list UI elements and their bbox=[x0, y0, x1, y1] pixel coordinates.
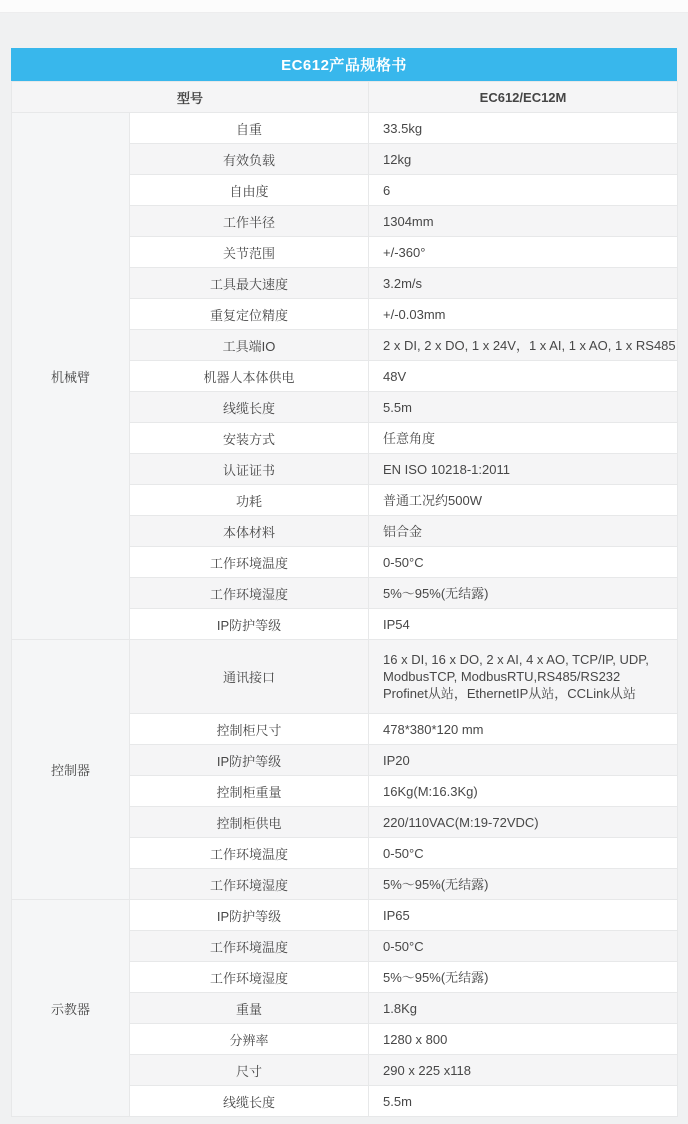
spec-value-cell: 铝合金 bbox=[369, 516, 678, 547]
spec-value-cell: IP54 bbox=[369, 609, 678, 640]
spec-value-cell: 5.5m bbox=[369, 392, 678, 423]
spec-label-cell: 本体材料 bbox=[130, 516, 369, 547]
spec-value-cell: 普通工况约500W bbox=[369, 485, 678, 516]
spec-table-body: 型号 EC612/EC12M 机械臂自重33.5kg有效负载12kg自由度6工作… bbox=[12, 82, 678, 1117]
spec-label-cell: 自重 bbox=[130, 113, 369, 144]
spec-value-cell: 290 x 225 x118 bbox=[369, 1055, 678, 1086]
spec-label-cell: IP防护等级 bbox=[130, 900, 369, 931]
spec-label-cell: 有效负载 bbox=[130, 144, 369, 175]
spec-label-cell: 工作环境温度 bbox=[130, 838, 369, 869]
spec-label-cell: 尺寸 bbox=[130, 1055, 369, 1086]
spec-label-cell: 控制柜供电 bbox=[130, 807, 369, 838]
spec-label-cell: 控制柜尺寸 bbox=[130, 714, 369, 745]
section-cell: 控制器 bbox=[12, 640, 130, 900]
spec-value-cell: 0-50°C bbox=[369, 931, 678, 962]
spec-label-cell: 工作环境湿度 bbox=[130, 962, 369, 993]
spec-value-cell: 任意角度 bbox=[369, 423, 678, 454]
spec-value-cell: 0-50°C bbox=[369, 547, 678, 578]
spec-value-cell: 33.5kg bbox=[369, 113, 678, 144]
spec-value-cell: 478*380*120 mm bbox=[369, 714, 678, 745]
spec-value-cell: +/-0.03mm bbox=[369, 299, 678, 330]
spec-label-cell: 重复定位精度 bbox=[130, 299, 369, 330]
spec-row: 机械臂自重33.5kg bbox=[12, 113, 678, 144]
spec-row: 示教器IP防护等级IP65 bbox=[12, 900, 678, 931]
spec-value-cell: 220/110VAC(M:19-72VDC) bbox=[369, 807, 678, 838]
spec-sheet-title: EC612产品规格书 bbox=[11, 48, 677, 81]
spec-value-cell: 1.8Kg bbox=[369, 993, 678, 1024]
spec-label-cell: 关节范围 bbox=[130, 237, 369, 268]
spec-value-cell: 1304mm bbox=[369, 206, 678, 237]
spec-value-cell: 1280 x 800 bbox=[369, 1024, 678, 1055]
spec-label-cell: 工作环境湿度 bbox=[130, 869, 369, 900]
spec-value-cell: IP65 bbox=[369, 900, 678, 931]
spec-value-cell: 5%～95%(无结露) bbox=[369, 869, 678, 900]
spec-value-cell: 12kg bbox=[369, 144, 678, 175]
spec-label-cell: 功耗 bbox=[130, 485, 369, 516]
spec-label-cell: 安装方式 bbox=[130, 423, 369, 454]
model-row: 型号 EC612/EC12M bbox=[12, 82, 678, 113]
spec-label-cell: 分辨率 bbox=[130, 1024, 369, 1055]
spec-value-cell: 5.5m bbox=[369, 1086, 678, 1117]
spec-table: 型号 EC612/EC12M 机械臂自重33.5kg有效负载12kg自由度6工作… bbox=[11, 81, 678, 1117]
spec-label-cell: 工具最大速度 bbox=[130, 268, 369, 299]
spec-value-cell: 6 bbox=[369, 175, 678, 206]
spec-label-cell: 自由度 bbox=[130, 175, 369, 206]
section-cell: 示教器 bbox=[12, 900, 130, 1117]
spec-value-cell: 48V bbox=[369, 361, 678, 392]
spec-label-cell: 工作环境温度 bbox=[130, 931, 369, 962]
spec-value-cell: +/-360° bbox=[369, 237, 678, 268]
spec-label-cell: 重量 bbox=[130, 993, 369, 1024]
spec-value-cell: 0-50°C bbox=[369, 838, 678, 869]
model-value-cell: EC612/EC12M bbox=[369, 82, 678, 113]
spec-value-cell: 5%～95%(无结露) bbox=[369, 962, 678, 993]
spec-row: 控制器通讯接口16 x DI, 16 x DO, 2 x AI, 4 x AO,… bbox=[12, 640, 678, 714]
spec-label-cell: 线缆长度 bbox=[130, 1086, 369, 1117]
spec-value-cell: EN ISO 10218-1:2011 bbox=[369, 454, 678, 485]
model-label-cell: 型号 bbox=[12, 82, 369, 113]
spec-value-cell: 2 x DI, 2 x DO, 1 x 24V，1 x AI, 1 x AO, … bbox=[369, 330, 678, 361]
spec-label-cell: 控制柜重量 bbox=[130, 776, 369, 807]
page-top-band bbox=[0, 0, 688, 13]
spec-label-cell: 机器人本体供电 bbox=[130, 361, 369, 392]
spec-value-cell: 3.2m/s bbox=[369, 268, 678, 299]
spec-label-cell: 工作环境温度 bbox=[130, 547, 369, 578]
spec-label-cell: 通讯接口 bbox=[130, 640, 369, 714]
spec-label-cell: 工作环境湿度 bbox=[130, 578, 369, 609]
spec-value-cell: IP20 bbox=[369, 745, 678, 776]
spec-label-cell: IP防护等级 bbox=[130, 745, 369, 776]
spec-label-cell: IP防护等级 bbox=[130, 609, 369, 640]
spec-label-cell: 认证证书 bbox=[130, 454, 369, 485]
spec-label-cell: 工作半径 bbox=[130, 206, 369, 237]
spec-label-cell: 线缆长度 bbox=[130, 392, 369, 423]
spec-value-cell: 16 x DI, 16 x DO, 2 x AI, 4 x AO, TCP/IP… bbox=[369, 640, 678, 714]
spec-label-cell: 工具端IO bbox=[130, 330, 369, 361]
spec-value-cell: 5%～95%(无结露) bbox=[369, 578, 678, 609]
spec-sheet: EC612产品规格书 型号 EC612/EC12M 机械臂自重33.5kg有效负… bbox=[11, 48, 677, 1117]
spec-value-cell: 16Kg(M:16.3Kg) bbox=[369, 776, 678, 807]
section-cell: 机械臂 bbox=[12, 113, 130, 640]
